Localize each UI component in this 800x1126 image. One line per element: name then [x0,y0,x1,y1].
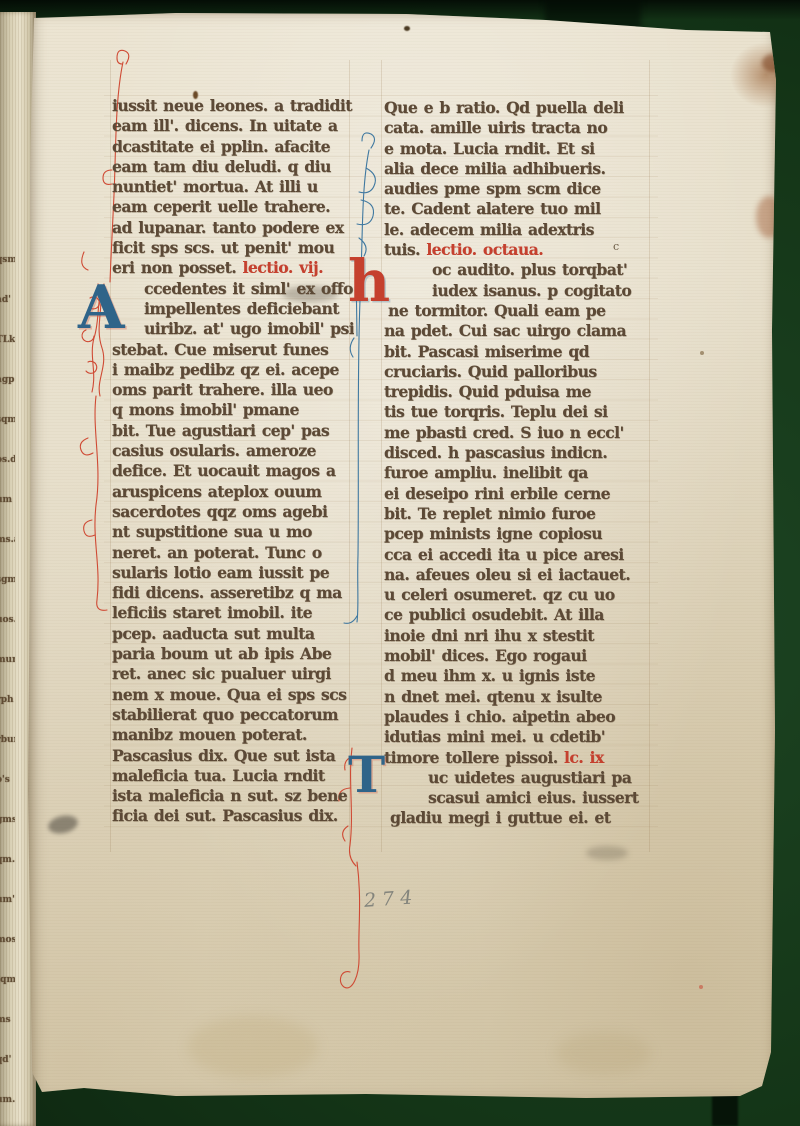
manuscript-line-text: tis tue torqris. Teplu dei si [384,402,607,421]
manuscript-line-text: aruspicens ateplox ouum [112,482,321,501]
manuscript-line-text: furoe ampliu. inelibit qa [384,463,588,482]
manuscript-line-text: scasui amici eius. iussert [428,788,638,807]
manuscript-line: casius osularis. ameroze [112,441,354,461]
manuscript-line: uiribz. at' ugo imobil' psi [112,319,354,339]
manuscript-line: inoie dni nri ihu x stestit [384,626,650,646]
manuscript-line: tuis. lectio. octaua. [384,240,650,260]
manuscript-line-text: bit. Te replet nimio furoe [384,504,595,523]
manuscript-line: nem x moue. Qua ei sps scs [112,685,354,705]
manuscript-line-text: pcep minists igne copiosu [384,524,602,543]
manuscript-line-text: ccedentes it siml' ex offo [144,279,353,298]
manuscript-line: sularis lotio eam iussit pe [112,563,354,583]
manuscript-line: pcep minists igne copiosu [384,524,650,544]
manuscript-line-text: bit. Tue agustiari cep' pas [112,421,329,440]
manuscript-line-text: u celeri osumeret. qz cu uo [384,585,615,604]
manuscript-line-text: defice. Et uocauit magos a [112,461,335,480]
manuscript-line: leficiis staret imobil. ite [112,603,354,623]
manuscript-line-text: pcep. aaducta sut multa [112,624,314,643]
fore-edge-text-fragment: agp [0,360,15,400]
manuscript-line-text: nt supstitione sua u mo [112,522,312,541]
fore-edge-text-fragment: ms.a [0,520,15,560]
manuscript-line: nt supstitione sua u mo [112,522,354,542]
manuscript-line: aruspicens ateplox ouum [112,482,354,502]
manuscript-line-text: ret. anec sic pualuer uirgi [112,664,331,683]
manuscript-line: n dnet mei. qtenu x isulte [384,687,650,707]
manuscript-line-text: sacerdotes qqz oms agebi [112,502,327,521]
fore-edge-text-fragment: sgm [0,560,15,600]
manuscript-line: na pdet. Cui sac uirgo clama [384,321,650,341]
fore-edge-text-fragment: TLk [0,320,15,360]
manuscript-line: bit. Tue agustiari cep' pas [112,421,354,441]
fore-edge-text-fragment: tqm [0,960,15,1000]
manuscript-line: manibz mouen poterat. [112,725,354,745]
manuscript-line-text: plaudes i chio. aipetin abeo [384,707,615,726]
manuscript-line-text: eam tam diu deludi. q diu [112,157,331,176]
manuscript-line-text: dcastitate ei pplin. afacite [112,137,330,156]
manuscript-line: eam ill'. dicens. In uitate a [112,116,354,136]
manuscript-line-text: ce publici osudebit. At illa [384,605,604,624]
manuscript-line-text: oms parit trahere. illa ueo [112,380,333,399]
manuscript-line-text: mobil' dices. Ego rogaui [384,646,587,665]
manuscript-line: maleficia tua. Lucia rndit [112,766,354,786]
manuscript-line: cata. amille uiris tracta no [384,118,650,138]
rubric-text: lc. ix [564,748,604,767]
fore-edge-text-fragment: qsm [0,240,15,280]
table-gap-shadow [712,1094,738,1126]
manuscript-line-text: nuntiet' mortua. At illi u [112,177,318,196]
margin-signature-mark: c [613,240,619,253]
manuscript-line-text: gladiu megi i guttue ei. et [390,808,610,827]
manuscript-line-text: te. Cadent alatere tuo mil [384,199,601,218]
manuscript-line-text: fidi dicens. asseretibz q ma [112,583,342,602]
manuscript-line: ficit sps scs. ut penit' mou [112,238,354,258]
manuscript-line-text: cruciaris. Quid palloribus [384,362,597,381]
manuscript-line-text: ne tormitor. Quali eam pe [388,301,606,320]
fore-edge-text-fragment: um. [0,1080,15,1120]
manuscript-line: bit. Te replet nimio furoe [384,504,650,524]
manuscript-line-text: me pbasti cred. S iuo n eccl' [384,423,624,442]
manuscript-line-text: uiribz. at' ugo imobil' psi [144,319,354,338]
manuscript-line-text: impellentes deficiebant [144,299,339,318]
manuscript-line-text: bit. Pascasi miserime qd [384,342,589,361]
fore-edge-text-fragment: mum [0,640,15,680]
manuscript-line: plaudes i chio. aipetin abeo [384,707,650,727]
manuscript-line: q mons imobil' pmane [112,400,354,420]
manuscript-line-text: idutias mini mei. u cdetib' [384,727,605,746]
manuscript-line-text: paria boum ut ab ipis Abe [112,644,331,663]
manuscript-line-text: ficit sps scs. ut penit' mou [112,238,334,257]
fore-edge-text-fragment: qd' [0,1040,15,1080]
manuscript-line: idutias mini mei. u cdetib' [384,727,650,747]
rubric-text: lectio. vij. [243,258,323,277]
manuscript-line: Pascasius dix. Que sut ista [112,746,354,766]
manuscript-line: mobil' dices. Ego rogaui [384,646,650,666]
manuscript-line: tis tue torqris. Teplu dei si [384,402,650,422]
fore-edge-text-fragment: uos.d [0,600,15,640]
manuscript-line: impellentes deficiebant [112,299,354,319]
fore-edge-text-fragment: rph [0,680,15,720]
illuminated-initial-T: T [348,750,385,800]
manuscript-line-text: stebat. Cue miserut funes [112,340,328,359]
manuscript-line: me pbasti cred. S iuo n eccl' [384,423,650,443]
manuscript-line-text: ei deseipo rini erbile cerne [384,484,610,503]
manuscript-line-text: cata. amille uiris tracta no [384,118,607,137]
manuscript-line: oms parit trahere. illa ueo [112,380,354,400]
manuscript-line: stabilierat quo peccatorum [112,705,354,725]
manuscript-line-text: q mons imobil' pmane [112,400,299,419]
fore-edge-text-fragment: rbum [0,720,15,760]
manuscript-line: ad lupanar. tanto podere ex [112,218,354,238]
manuscript-line: ne tormitor. Quali eam pe [384,301,650,321]
manuscript-line: defice. Et uocauit magos a [112,461,354,481]
page-content-layer: iussit neue leones. a tradiditeam ill'. … [0,0,800,1126]
manuscript-line-text: iussit neue leones. a tradidit [112,96,352,115]
manuscript-line: paria boum ut ab ipis Abe [112,644,354,664]
manuscript-line: iussit neue leones. a tradidit [112,96,354,116]
manuscript-line-text: alia dece milia adhibueris. [384,159,605,178]
manuscript-line: furoe ampliu. inelibit qa [384,463,650,483]
manuscript-line: sacerdotes qqz oms agebi [112,502,354,522]
manuscript-line-text: casius osularis. ameroze [112,441,316,460]
manuscript-line-text: stabilierat quo peccatorum [112,705,338,724]
manuscript-line-text: tuis. [384,240,426,259]
manuscript-line: ficia dei sut. Pascasius dix. [112,806,354,826]
manuscript-line-text: Pascasius dix. Que sut ista [112,746,335,765]
manuscript-line-text: n dnet mei. qtenu x isulte [384,687,602,706]
manuscript-line-text: oc audito. plus torqbat' [432,260,627,279]
manuscript-line: trepidis. Quid pduisa me [384,382,650,402]
manuscript-line: le. adecem milia adextris [384,220,650,240]
manuscript-line: ei deseipo rini erbile cerne [384,484,650,504]
manuscript-line-text: leficiis staret imobil. ite [112,603,312,622]
fore-edge-text-fragment: mos [0,920,15,960]
manuscript-line: ce publici osudebit. At illa [384,605,650,625]
manuscript-line: ret. anec sic pualuer uirgi [112,664,354,684]
manuscript-line-text: audies pme spm scm dice [384,179,601,198]
manuscript-line-text: eri non posset. [112,258,243,277]
manuscript-line-text: nem x moue. Qua ei sps scs [112,685,346,704]
manuscript-line-text: disced. h pascasius indicn. [384,443,607,462]
fore-edge-text-fragment: ms [0,1000,15,1040]
fore-edge-text-fragment: um' [0,880,15,920]
manuscript-line: d meu ihm x. u ignis iste [384,666,650,686]
manuscript-line: bit. Pascasi miserime qd [384,342,650,362]
manuscript-line: gladiu megi i guttue ei. et [384,808,650,828]
manuscript-line: Que e b ratio. Qd puella deli [384,98,650,118]
manuscript-line-text: d meu ihm x. u ignis iste [384,666,595,685]
manuscript-line-text: le. adecem milia adextris [384,220,594,239]
manuscript-line: iudex isanus. p cogitato [384,281,650,301]
manuscript-line: alia dece milia adhibueris. [384,159,650,179]
manuscript-line-text: eam ill'. dicens. In uitate a [112,116,337,135]
manuscript-line-text: e mota. Lucia rndit. Et si [384,139,595,158]
manuscript-line-text: manibz mouen poterat. [112,725,307,744]
manuscript-line: fidi dicens. asseretibz q ma [112,583,354,603]
manuscript-line-text: trepidis. Quid pduisa me [384,382,591,401]
manuscript-line: stebat. Cue miserut funes [112,340,354,360]
fore-edge-text-fragment: ad' [0,280,15,320]
manuscript-line: i maibz pedibz qz ei. acepe [112,360,354,380]
manuscript-line: pcep. aaducta sut multa [112,624,354,644]
manuscript-line: cruciaris. Quid palloribus [384,362,650,382]
manuscript-line-text: timore tollere pissoi. [384,748,564,767]
fore-edge-text-fragment: qm.ag [0,840,15,880]
fore-edge-text-fragment: um [0,480,15,520]
manuscript-line: neret. an poterat. Tunc o [112,543,354,563]
fore-edge-text-fragment: gms [0,800,15,840]
fore-edge-text-fragment: os.d [0,440,15,480]
photograph-background: { "page": { "folio_number_pencil": "274"… [0,0,800,1126]
manuscript-line: ccedentes it siml' ex offo [112,279,354,299]
manuscript-line: eam ceperit uelle trahere. [112,197,354,217]
manuscript-line: audies pme spm scm dice [384,179,650,199]
manuscript-line: dcastitate ei pplin. afacite [112,137,354,157]
manuscript-line-text: ficia dei sut. Pascasius dix. [112,806,338,825]
manuscript-line: nuntiet' mortua. At illi u [112,177,354,197]
manuscript-line: eri non posset. lectio. vij. [112,258,354,278]
manuscript-page: iussit neue leones. a tradiditeam ill'. … [26,10,778,1110]
fore-edge-text-fragment: sqm [0,400,15,440]
manuscript-line: te. Cadent alatere tuo mil [384,199,650,219]
manuscript-line: eam tam diu deludi. q diu [112,157,354,177]
manuscript-line-text: uc uidetes augustiari pa [428,768,631,787]
manuscript-line-text: inoie dni nri ihu x stestit [384,626,594,645]
illuminated-initial-A: A [78,278,125,338]
manuscript-line: e mota. Lucia rndit. Et si [384,139,650,159]
manuscript-line: ista maleficia n sut. sz bene [112,786,354,806]
underlying-page-text-fragments: qsmad'TLkagpsqmos.dumms.asgmuos.dmumrphr… [0,240,15,1126]
illuminated-initial-H: h [348,252,390,310]
manuscript-line: timore tollere pissoi. lc. ix [384,748,650,768]
fore-edge-text-fragment: o's [0,760,15,800]
text-column-left: iussit neue leones. a tradiditeam ill'. … [112,96,354,827]
manuscript-line-text: eam ceperit uelle trahere. [112,197,330,216]
manuscript-line-text: na pdet. Cui sac uirgo clama [384,321,626,340]
manuscript-line-text: Que e b ratio. Qd puella deli [384,98,624,117]
manuscript-line-text: neret. an poterat. Tunc o [112,543,322,562]
manuscript-line: oc audito. plus torqbat' [384,260,650,280]
manuscript-line-text: na. afeues oleu si ei iactauet. [384,565,630,584]
manuscript-line: cca ei accedi ita u pice aresi [384,545,650,565]
manuscript-line: na. afeues oleu si ei iactauet. [384,565,650,585]
manuscript-line-text: maleficia tua. Lucia rndit [112,766,325,785]
manuscript-line-text: i maibz pedibz qz ei. acepe [112,360,339,379]
manuscript-line: u celeri osumeret. qz cu uo [384,585,650,605]
manuscript-line: scasui amici eius. iussert [384,788,650,808]
manuscript-line: disced. h pascasius indicn. [384,443,650,463]
manuscript-line-text: iudex isanus. p cogitato [432,281,631,300]
rubric-text: lectio. octaua. [426,240,543,259]
pencil-folio-number: 274 [363,886,419,912]
manuscript-line: uc uidetes augustiari pa [384,768,650,788]
manuscript-line-text: sularis lotio eam iussit pe [112,563,329,582]
text-column-right: Que e b ratio. Qd puella delicata. amill… [384,98,650,829]
manuscript-line-text: ad lupanar. tanto podere ex [112,218,344,237]
manuscript-line-text: cca ei accedi ita u pice aresi [384,545,624,564]
manuscript-line-text: ista maleficia n sut. sz bene [112,786,347,805]
